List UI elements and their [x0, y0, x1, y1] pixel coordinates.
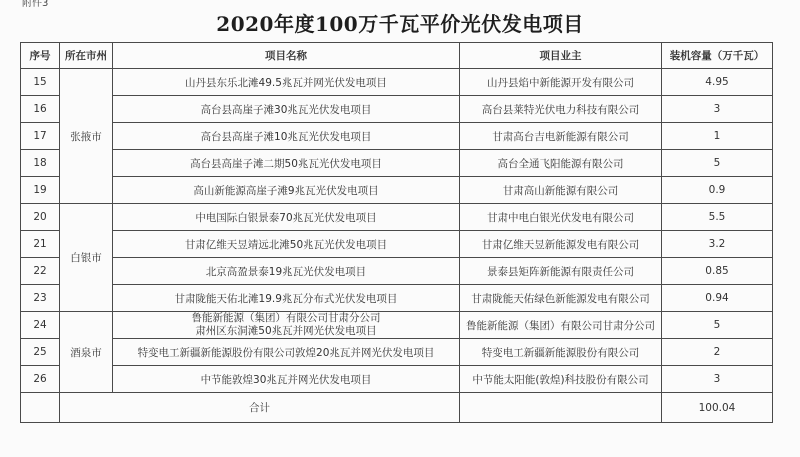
seq-cell: 23	[21, 285, 60, 312]
capacity-cell: 5.5	[662, 204, 773, 231]
seq-cell: 21	[21, 231, 60, 258]
project-cell: 高台县高崖子滩10兆瓦光伏发电项目	[113, 123, 460, 150]
table-row: 20 白银市 中电国际白银景泰70兆瓦光伏发电项目 甘肃中电白银光伏发电有限公司…	[21, 204, 773, 231]
capacity-cell: 3	[662, 96, 773, 123]
document-title: 2020年度100万千瓦平价光伏发电项目	[0, 8, 800, 37]
seq-cell: 25	[21, 339, 60, 366]
owner-cell: 甘肃陇能天佑绿色新能源发电有限公司	[460, 285, 662, 312]
seq-cell: 17	[21, 123, 60, 150]
capacity-cell: 0.85	[662, 258, 773, 285]
header-seq: 序号	[21, 43, 60, 69]
capacity-cell: 5	[662, 150, 773, 177]
capacity-cell: 0.94	[662, 285, 773, 312]
owner-cell: 景泰县矩阵新能源有限责任公司	[460, 258, 662, 285]
header-row: 序号 所在市州 项目名称 项目业主 装机容量（万千瓦）	[21, 43, 773, 69]
table-row: 26 中节能敦煌30兆瓦并网光伏发电项目 中节能太阳能(敦煌)科技股份有限公司 …	[21, 366, 773, 393]
header-capacity: 装机容量（万千瓦）	[662, 43, 773, 69]
city-cell: 白银市	[60, 204, 113, 312]
project-cell: 山丹县东乐北滩49.5兆瓦并网光伏发电项目	[113, 69, 460, 96]
project-cell: 中节能敦煌30兆瓦并网光伏发电项目	[113, 366, 460, 393]
project-cell: 高台县高崖子滩30兆瓦光伏发电项目	[113, 96, 460, 123]
project-cell: 特变电工新疆新能源股份有限公司敦煌20兆瓦并网光伏发电项目	[113, 339, 460, 366]
owner-cell: 中节能太阳能(敦煌)科技股份有限公司	[460, 366, 662, 393]
project-cell: 高台县高崖子滩二期50兆瓦光伏发电项目	[113, 150, 460, 177]
seq-cell: 19	[21, 177, 60, 204]
owner-cell: 高台县莱特光伏电力科技有限公司	[460, 96, 662, 123]
table-row: 19 高山新能源高崖子滩9兆瓦光伏发电项目 甘肃高山新能源有限公司 0.9	[21, 177, 773, 204]
seq-cell: 16	[21, 96, 60, 123]
owner-cell: 甘肃中电白银光伏发电有限公司	[460, 204, 662, 231]
table-row: 25 特变电工新疆新能源股份有限公司敦煌20兆瓦并网光伏发电项目 特变电工新疆新…	[21, 339, 773, 366]
capacity-cell: 3.2	[662, 231, 773, 258]
table-row: 16 高台县高崖子滩30兆瓦光伏发电项目 高台县莱特光伏电力科技有限公司 3	[21, 96, 773, 123]
city-cell: 张掖市	[60, 69, 113, 204]
total-owner-cell	[460, 393, 662, 423]
seq-cell: 18	[21, 150, 60, 177]
total-label: 合计	[60, 393, 460, 423]
project-cell: 高山新能源高崖子滩9兆瓦光伏发电项目	[113, 177, 460, 204]
owner-cell: 甘肃亿维天昱新能源发电有限公司	[460, 231, 662, 258]
project-line-2: 肃州区东洞滩50兆瓦并网光伏发电项目	[117, 325, 455, 338]
seq-cell: 22	[21, 258, 60, 285]
owner-cell: 特变电工新疆新能源股份有限公司	[460, 339, 662, 366]
seq-cell: 15	[21, 69, 60, 96]
project-cell: 北京高盈景泰19兆瓦光伏发电项目	[113, 258, 460, 285]
capacity-cell: 1	[662, 123, 773, 150]
header-owner: 项目业主	[460, 43, 662, 69]
capacity-cell: 5	[662, 312, 773, 339]
project-cell: 中电国际白银景泰70兆瓦光伏发电项目	[113, 204, 460, 231]
table-row: 18 高台县高崖子滩二期50兆瓦光伏发电项目 高台全通飞阳能源有限公司 5	[21, 150, 773, 177]
project-line-1: 鲁能新能源（集团）有限公司甘肃分公司	[117, 312, 455, 325]
table-row: 23 甘肃陇能天佑北滩19.9兆瓦分布式光伏发电项目 甘肃陇能天佑绿色新能源发电…	[21, 285, 773, 312]
total-seq-cell	[21, 393, 60, 423]
table-row: 24 酒泉市 鲁能新能源（集团）有限公司甘肃分公司 肃州区东洞滩50兆瓦并网光伏…	[21, 312, 773, 339]
table-row: 17 高台县高崖子滩10兆瓦光伏发电项目 甘肃高台吉电新能源有限公司 1	[21, 123, 773, 150]
table-row: 22 北京高盈景泰19兆瓦光伏发电项目 景泰县矩阵新能源有限责任公司 0.85	[21, 258, 773, 285]
project-cell: 甘肃陇能天佑北滩19.9兆瓦分布式光伏发电项目	[113, 285, 460, 312]
owner-cell: 甘肃高台吉电新能源有限公司	[460, 123, 662, 150]
capacity-cell: 3	[662, 366, 773, 393]
seq-cell: 20	[21, 204, 60, 231]
owner-cell: 高台全通飞阳能源有限公司	[460, 150, 662, 177]
capacity-cell: 4.95	[662, 69, 773, 96]
project-cell: 甘肃亿维天昱靖远北滩50兆瓦光伏发电项目	[113, 231, 460, 258]
total-capacity: 100.04	[662, 393, 773, 423]
projects-table: 序号 所在市州 项目名称 项目业主 装机容量（万千瓦） 15 张掖市 山丹县东乐…	[20, 42, 773, 423]
total-row: 合计 100.04	[21, 393, 773, 423]
owner-cell: 甘肃高山新能源有限公司	[460, 177, 662, 204]
capacity-cell: 2	[662, 339, 773, 366]
city-cell: 酒泉市	[60, 312, 113, 393]
owner-cell: 鲁能新能源（集团）有限公司甘肃分公司	[460, 312, 662, 339]
capacity-cell: 0.9	[662, 177, 773, 204]
header-project: 项目名称	[113, 43, 460, 69]
project-cell: 鲁能新能源（集团）有限公司甘肃分公司 肃州区东洞滩50兆瓦并网光伏发电项目	[113, 312, 460, 339]
table-row: 15 张掖市 山丹县东乐北滩49.5兆瓦并网光伏发电项目 山丹县焰中新能源开发有…	[21, 69, 773, 96]
header-city: 所在市州	[60, 43, 113, 69]
seq-cell: 26	[21, 366, 60, 393]
table-row: 21 甘肃亿维天昱靖远北滩50兆瓦光伏发电项目 甘肃亿维天昱新能源发电有限公司 …	[21, 231, 773, 258]
owner-cell: 山丹县焰中新能源开发有限公司	[460, 69, 662, 96]
seq-cell: 24	[21, 312, 60, 339]
